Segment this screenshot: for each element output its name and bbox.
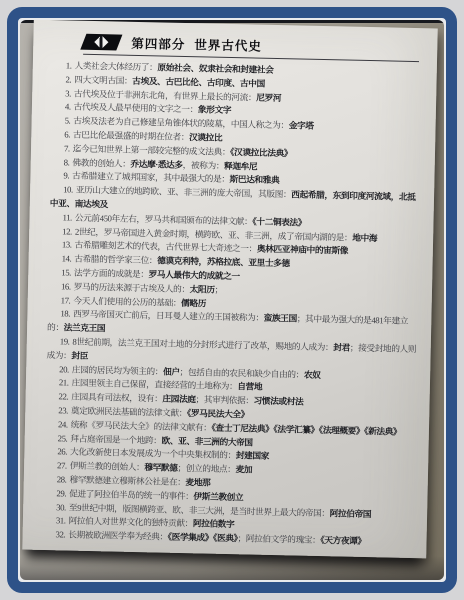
question-text: ； xyxy=(214,284,223,294)
item-number: 32. xyxy=(55,529,65,539)
item-number: 22. xyxy=(59,391,69,401)
question-text: ；阿拉伯文学的瑰宝： xyxy=(237,533,320,545)
question-text: 法学方面的成就是： xyxy=(74,268,149,280)
question-text: 古希腊建立了城邦国家，其中最强大的是： xyxy=(72,171,230,184)
item-number: 17. xyxy=(61,295,71,305)
item-number: 31. xyxy=(56,516,66,526)
item-number: 1. xyxy=(66,60,72,70)
item-number: 11. xyxy=(62,212,72,222)
question-text: 穆罕默德建立穆斯林公社是在： xyxy=(69,474,185,487)
item-number: 10. xyxy=(63,185,73,195)
answer-text: 《天方夜谭》 xyxy=(320,535,366,546)
answer-text: 原始社会、奴隶社会和封建社会 xyxy=(157,62,273,75)
answer-text: 奥林匹亚神庙中的宙斯像 xyxy=(257,244,348,256)
item-number: 7. xyxy=(64,143,70,153)
question-text: 佛教的创始人： xyxy=(72,157,130,168)
item-number: 15. xyxy=(61,267,71,277)
answer-text: 佃户 xyxy=(163,366,180,376)
item-number: 19. xyxy=(60,336,70,346)
answer-text: 儒略历 xyxy=(181,297,206,308)
answer-text: 法兰克王国 xyxy=(64,323,106,334)
answer-text: 欧、亚、非三洲的大帝国 xyxy=(161,435,252,447)
answer-text: 《医学集成》《医典》 xyxy=(168,532,238,544)
item-number: 5. xyxy=(65,116,71,126)
item-number: 29. xyxy=(56,488,66,498)
question-text: 庄园具有司法权，设有： xyxy=(71,392,162,404)
question-text: 四大文明古国： xyxy=(74,74,132,85)
document-page: 第四部分世界古代史 1.人类社会大体经历了：原始社会、奴隶社会和封建社会2.四大… xyxy=(22,20,437,558)
page-title: 第四部分世界古代史 xyxy=(131,34,262,55)
answer-text: 《查士丁尼法典》《法学汇纂》《法理概要》《新法典》 xyxy=(211,422,401,436)
question-text: 奠定欧洲民法基础的法律文献： xyxy=(71,405,187,418)
question-text: 促进了阿拉伯半岛的统一的事件： xyxy=(69,488,194,501)
item-number: 18. xyxy=(60,309,70,319)
question-text: 庄园的居民均为领主的： xyxy=(72,364,163,376)
item-number: 13. xyxy=(62,240,72,250)
answer-text: 伊斯兰教创立 xyxy=(193,491,243,502)
item-number: 28. xyxy=(57,474,67,484)
answer-text: 释迦牟尼 xyxy=(224,160,257,171)
answer-text: 德谟克利特，苏格拉底、亚里士多德 xyxy=(157,256,290,269)
pen-nib-icon xyxy=(80,34,122,51)
question-text: 今天人们使用的公历的基础： xyxy=(73,295,181,307)
items-list: 1.人类社会大体经历了：原始社会、奴隶社会和封建社会2.四大文明古国：古埃及、古… xyxy=(42,59,424,550)
answer-text: 尼罗河 xyxy=(256,92,281,103)
part-label: 第四部分 xyxy=(131,37,185,52)
question-text: 古希腊雕刻艺术的代表，古代世界七大奇迹之一： xyxy=(74,240,257,254)
question-text: 古巴比伦最强盛的时期在位者： xyxy=(73,130,189,143)
item-number: 4. xyxy=(65,102,71,112)
question-text: ；创立的地点： xyxy=(177,463,235,474)
item-number: 20. xyxy=(59,364,69,374)
item-number: 12. xyxy=(62,226,72,236)
item-number: 2. xyxy=(65,74,71,84)
item-number: 21. xyxy=(59,378,69,388)
item-number: 3. xyxy=(65,88,71,98)
answer-text: 阿拉伯数字 xyxy=(193,519,235,530)
answer-text: 穆罕默德 xyxy=(144,462,177,473)
answer-text: 农奴 xyxy=(304,369,321,379)
item-number: 23. xyxy=(58,405,68,415)
answer-text: 地中海 xyxy=(352,232,377,243)
item-number: 16. xyxy=(61,281,71,291)
answer-text: 金字塔 xyxy=(289,120,314,131)
answer-text: 庄园法庭 xyxy=(162,394,195,405)
question-text: 古希腊的哲学家三位： xyxy=(74,254,157,266)
question-text: 大化改新使日本发展成为一个中央集权制的： xyxy=(70,447,236,461)
question-text: 古代埃及人最早使用的文字之一： xyxy=(74,102,199,115)
answer-text: 乔达摩·悉达多 xyxy=(130,158,182,169)
item-number: 27. xyxy=(57,460,67,470)
answer-text: 封君 xyxy=(333,342,350,352)
answer-text: 麦加 xyxy=(235,464,252,474)
photo-frame: 第四部分世界古代史 1.人类社会大体经历了：原始社会、奴隶社会和封建社会2.四大… xyxy=(7,7,457,593)
question-text: 古埃及法老为自己修建呈角锥体状的陵墓，中国人称之为： xyxy=(73,116,289,131)
question-text: ，被称为： xyxy=(183,160,225,171)
question-text: 拜占庭帝国是一个地跨： xyxy=(70,433,161,445)
question-text: 庄园里领主自己保留，直接经营的土地称为： xyxy=(71,378,237,392)
answer-text: 斯巴达和雅典 xyxy=(229,174,279,185)
answer-text: 《罗马民法大全》 xyxy=(187,408,249,419)
question-text: 西罗马帝国灭亡前后，日耳曼人建立的王国被称为： xyxy=(73,309,264,323)
item-number: 30. xyxy=(56,502,66,512)
item-number: 26. xyxy=(57,447,67,457)
item-number: 24. xyxy=(58,419,68,429)
photo-background: 第四部分世界古代史 1.人类社会大体经历了：原始社会、奴隶社会和封建社会2.四大… xyxy=(20,20,444,580)
answer-text: 古埃及、古巴比伦、古印度、古中国 xyxy=(132,76,265,89)
question-text: 人类社会大体经历了： xyxy=(74,61,157,73)
question-text: 罗马的历法来源于古埃及人的： xyxy=(74,281,190,294)
answer-text: 蛮族王国 xyxy=(264,313,297,324)
answer-text: 太阳历 xyxy=(190,284,215,295)
item-number: 25. xyxy=(58,433,68,443)
question-text: 古代埃及位于非洲东北角，有世界上最长的河流： xyxy=(74,88,257,102)
item-number: 14. xyxy=(62,253,72,263)
question-text: 伊斯兰教的创始人： xyxy=(70,461,145,473)
answer-text: 《十二铜表法》 xyxy=(252,216,306,227)
item-number: 6. xyxy=(64,129,70,139)
answer-text: 习惯法或村法 xyxy=(253,396,303,407)
question-text: ；包括自由的农民和缺少自由的： xyxy=(180,366,305,379)
page-header: 第四部分世界古代史 xyxy=(83,33,419,62)
question-text: 亚历山大建立的地跨欧、亚、非三洲的庞大帝国，其版图： xyxy=(76,185,292,200)
screenshot-root: { "header": { "part_label": "第四部分", "tit… xyxy=(0,0,464,600)
answer-text: 阿拉伯帝国 xyxy=(330,508,372,519)
section-title: 世界古代史 xyxy=(194,38,262,53)
question-text: 阿拉伯人对世界文化的独特贡献： xyxy=(68,516,193,529)
answer-text: 汉谟拉比 xyxy=(189,132,222,143)
answer-text: 自营地 xyxy=(237,382,262,393)
question-text: 公元前450年左右，罗马共和国颁布的法律文献： xyxy=(75,212,253,226)
question-text: 迄今已知世界上第一部较完整的成文法典： xyxy=(73,143,231,156)
item-number: 9. xyxy=(63,171,69,181)
answer-text: 封臣 xyxy=(71,350,88,360)
answer-text: 象形文字 xyxy=(198,105,231,116)
question-text: 统称《罗马民法大全》的法律文献有： xyxy=(71,419,212,432)
answer-text: 封建国家 xyxy=(236,450,269,461)
answer-text: 麦地那 xyxy=(185,477,210,488)
question-text: 长期被欧洲医学奉为经典： xyxy=(68,530,168,542)
pen-nib-glyph xyxy=(94,35,108,49)
item-number: 8. xyxy=(64,157,70,167)
question-text: ；其审判依据： xyxy=(195,394,253,405)
answer-text: 罗马人最伟大的成就之一 xyxy=(148,269,239,281)
answer-text: 《汉谟拉比法典》 xyxy=(230,147,292,158)
